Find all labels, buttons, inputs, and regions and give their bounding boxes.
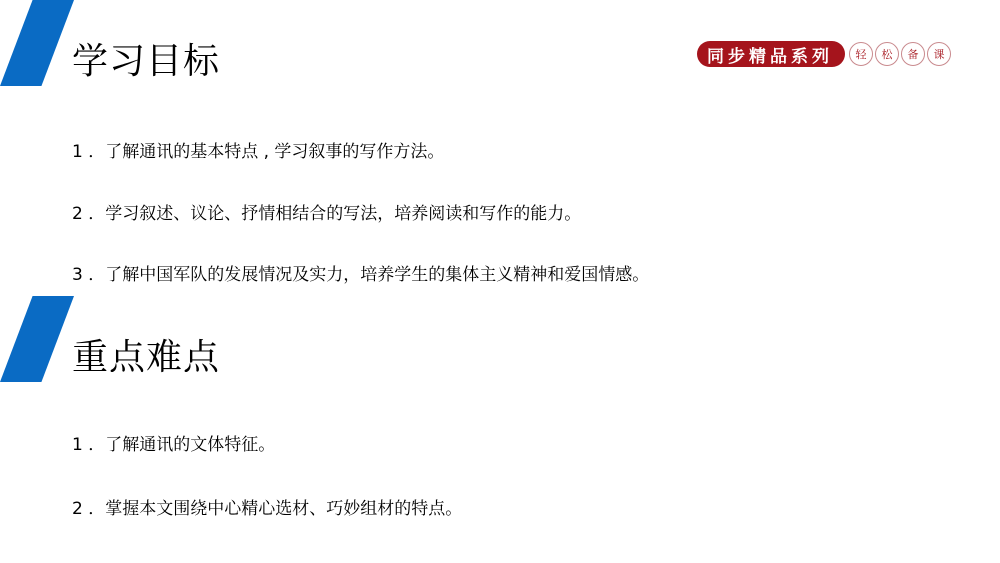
seal-icon: 备	[901, 42, 925, 66]
section-title-key-points: 重点难点	[72, 340, 220, 376]
goal-item: 2 ．学习叙述、议论、抒情相结合的写法，培养阅读和写作的能力。	[72, 204, 581, 224]
series-badge-label: 同步精品系列	[697, 41, 845, 67]
section-accent-slash	[0, 296, 74, 382]
seal-icon: 松	[875, 42, 899, 66]
seal-group: 轻 松 备 课	[849, 42, 951, 66]
key-point-item: 1 ．了解通讯的文体特征。	[72, 435, 275, 455]
goal-item: 3 ．了解中国军队的发展情况及实力，培养学生的集体主义精神和爱国情感。	[72, 265, 649, 285]
seal-icon: 轻	[849, 42, 873, 66]
seal-icon: 课	[927, 42, 951, 66]
section-title-learning-goals: 学习目标	[72, 44, 220, 80]
key-point-item: 2 ．掌握本文围绕中心精心选材、巧妙组材的特点。	[72, 499, 462, 519]
goal-item: 1 ．了解通讯的基本特点 , 学习叙事的写作方法。	[72, 142, 444, 162]
section-accent-slash	[0, 0, 74, 86]
series-badge: 同步精品系列 轻 松 备 课	[697, 41, 951, 67]
